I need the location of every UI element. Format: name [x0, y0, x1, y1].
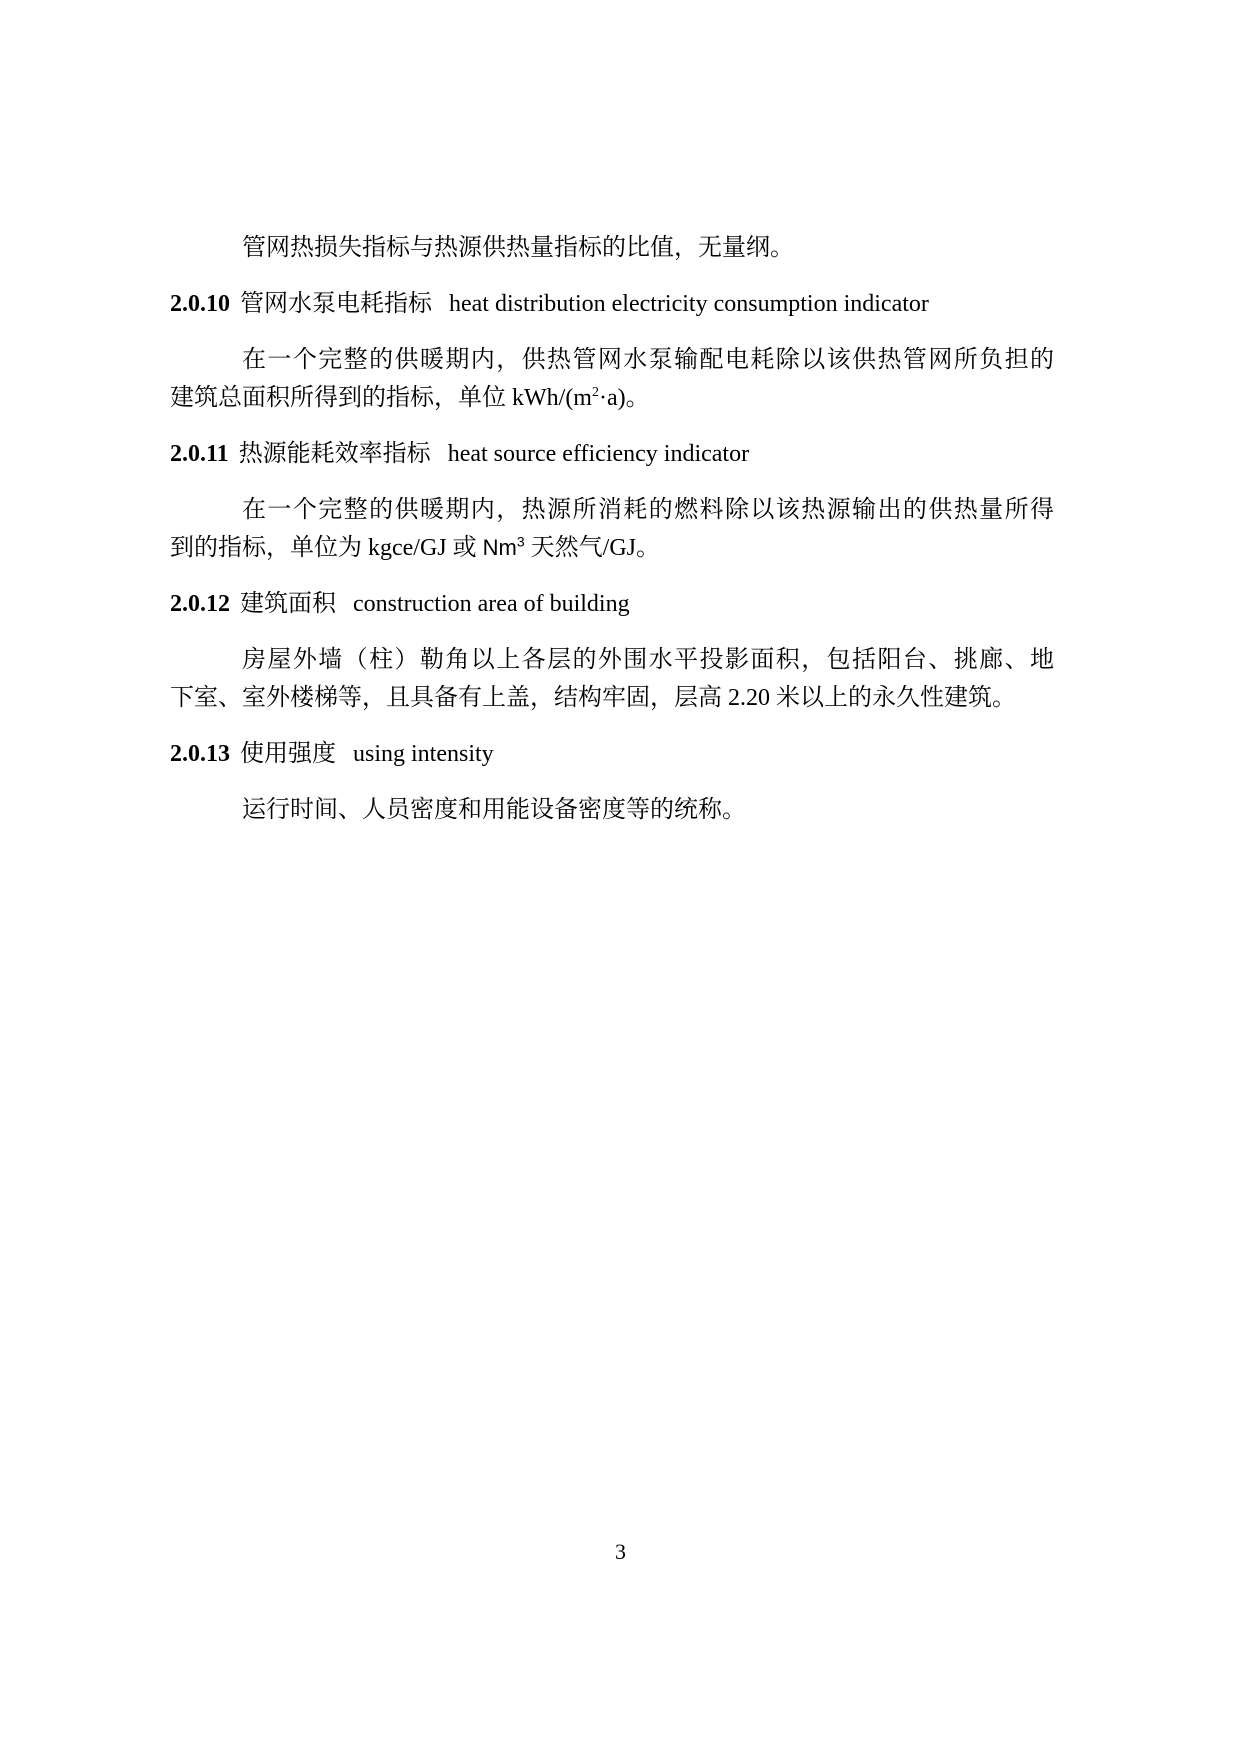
- superscript: 3: [517, 534, 525, 550]
- paragraph: 管网热损失指标与热源供热量指标的比值，无量纲。: [170, 229, 1054, 267]
- term-number: 2.0.13: [170, 741, 230, 767]
- unit-text: ·a)。: [599, 385, 650, 411]
- paragraph: 在一个完整的供暖期内，供热管网水泵输配电耗除以该供热管网所负担的 建筑总面积所得…: [170, 341, 1054, 417]
- paragraph: 在一个完整的供暖期内，热源所消耗的燃料除以该热源输出的供热量所得 到的指标，单位…: [170, 491, 1054, 567]
- term-heading: 2.0.11热源能耗效率指标heat source efficiency ind…: [170, 435, 1054, 473]
- term-zh: 使用强度: [240, 741, 336, 767]
- unit-text: 建筑总面积所得到的指标，单位 kWh/(m: [170, 385, 592, 411]
- paragraph: 房屋外墙（柱）勒角以上各层的外围水平投影面积，包括阳台、挑廊、地 下室、室外楼梯…: [170, 641, 1054, 717]
- unit-text: 天然气/GJ。: [525, 535, 660, 561]
- unit-nm3-base: Nm: [483, 535, 517, 560]
- term-number: 2.0.11: [170, 441, 229, 467]
- page-number: 3: [0, 1534, 1241, 1570]
- paragraph: 运行时间、人员密度和用能设备密度等的统称。: [170, 791, 1054, 829]
- paragraph-line: 运行时间、人员密度和用能设备密度等的统称。: [170, 791, 1054, 829]
- paragraph-line: 在一个完整的供暖期内，热源所消耗的燃料除以该热源输出的供热量所得: [170, 491, 1054, 529]
- document-page: 管网热损失指标与热源供热量指标的比值，无量纲。 2.0.10管网水泵电耗指标he…: [0, 0, 1241, 1754]
- paragraph-line: 在一个完整的供暖期内，供热管网水泵输配电耗除以该供热管网所负担的: [170, 341, 1054, 379]
- term-number: 2.0.12: [170, 591, 230, 617]
- paragraph-line: 建筑总面积所得到的指标，单位 kWh/(m2·a)。: [170, 379, 1054, 417]
- term-zh: 建筑面积: [240, 591, 336, 617]
- paragraph-line: 到的指标，单位为 kgce/GJ 或 Nm3 天然气/GJ。: [170, 529, 1054, 567]
- document-body: 管网热损失指标与热源供热量指标的比值，无量纲。 2.0.10管网水泵电耗指标he…: [170, 229, 1054, 847]
- paragraph-line: 下室、室外楼梯等，且具备有上盖，结构牢固，层高 2.20 米以上的永久性建筑。: [170, 679, 1054, 717]
- term-zh: 热源能耗效率指标: [239, 441, 431, 467]
- unit-text: 到的指标，单位为 kgce/GJ 或: [170, 535, 483, 561]
- term-en: heat distribution electricity consumptio…: [449, 291, 929, 317]
- term-en: using intensity: [353, 741, 494, 767]
- term-en: heat source efficiency indicator: [448, 441, 749, 467]
- superscript: 2: [592, 385, 599, 400]
- term-number: 2.0.10: [170, 291, 230, 317]
- paragraph-line: 房屋外墙（柱）勒角以上各层的外围水平投影面积，包括阳台、挑廊、地: [170, 641, 1054, 679]
- term-heading: 2.0.12建筑面积construction area of building: [170, 585, 1054, 623]
- paragraph-line: 管网热损失指标与热源供热量指标的比值，无量纲。: [170, 229, 1054, 267]
- unit-nm3: Nm3: [483, 535, 525, 560]
- term-heading: 2.0.13使用强度using intensity: [170, 735, 1054, 773]
- term-en: construction area of building: [353, 591, 630, 617]
- term-zh: 管网水泵电耗指标: [240, 291, 432, 317]
- term-heading: 2.0.10管网水泵电耗指标heat distribution electric…: [170, 285, 1054, 323]
